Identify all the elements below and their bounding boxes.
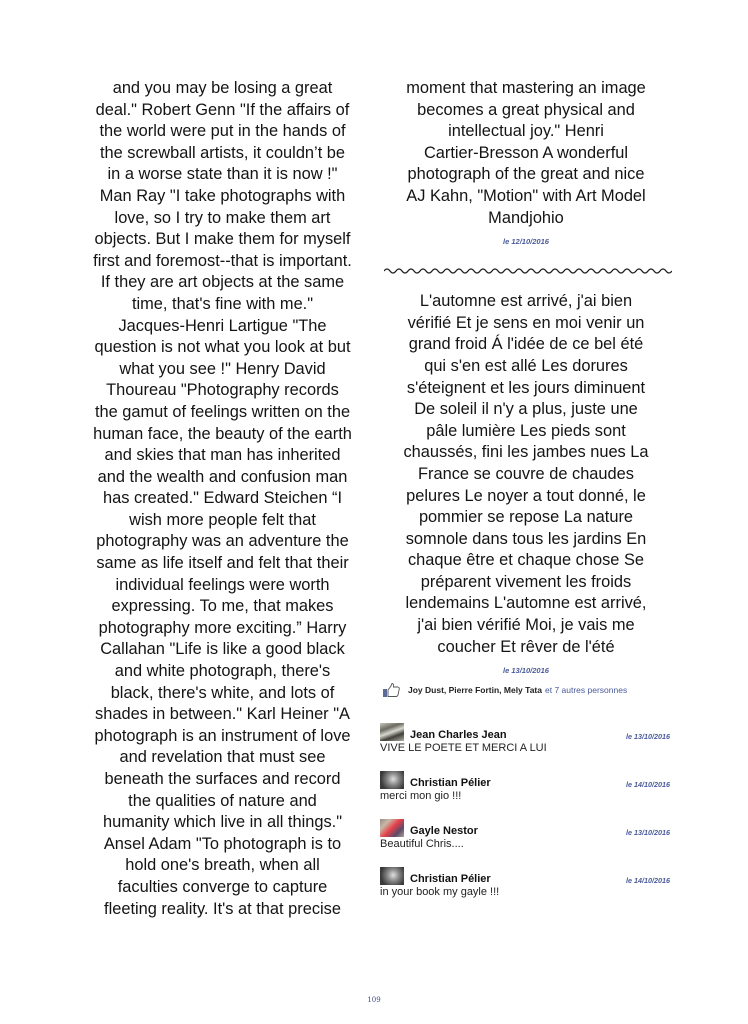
text-line: and skies that man has inherited xyxy=(76,445,369,467)
likes-row: Joy Dust, Pierre Fortin, Mely Tata et 7 … xyxy=(380,683,672,697)
post-date: le 13/10/2016 xyxy=(380,666,672,675)
text-line: black, there's white, and lots of xyxy=(76,683,369,705)
text-line: Cartier-Bresson A wonderful xyxy=(380,143,672,165)
text-line: moment that mastering an image xyxy=(380,78,672,100)
text-line: Ansel Adam "To photograph is to xyxy=(76,834,369,856)
text-line: photograph of the great and nice xyxy=(380,164,672,186)
text-line: the gamut of feelings written on the xyxy=(76,402,369,424)
text-line: Callahan "Life is like a good black xyxy=(76,639,369,661)
text-line: question is not what you look at but xyxy=(76,337,369,359)
text-line: same as life itself and felt that their xyxy=(76,553,369,575)
text-line: photography was an adventure the xyxy=(76,531,369,553)
text-line: s'éteignent et les jours diminuent xyxy=(380,378,672,400)
text-line: the world were put in the hands of xyxy=(76,121,369,143)
post-date: le 12/10/2016 xyxy=(380,237,672,246)
text-line: grand froid Á l'idée de ce bel été xyxy=(380,334,672,356)
text-line: Jacques-Henri Lartigue "The xyxy=(76,316,369,338)
comment-author[interactable]: Christian Pélier xyxy=(410,873,626,885)
text-line: becomes a great physical and xyxy=(380,100,672,122)
text-line: shades in between." Karl Heiner "A xyxy=(76,704,369,726)
left-text-column: and you may be losing a great deal." Rob… xyxy=(76,78,369,920)
text-line: fleeting reality. It's at that precise xyxy=(76,899,369,921)
text-line: coucher Et rêver de l'été xyxy=(380,637,672,659)
comment-date: le 13/10/2016 xyxy=(626,732,670,741)
comment-text: Beautiful Chris.... xyxy=(380,838,672,850)
text-line: has created." Edward Steichen “I xyxy=(76,488,369,510)
text-line: individual feelings were worth xyxy=(76,575,369,597)
page-number: 109 xyxy=(0,996,748,1004)
text-line: photograph is an instrument of love xyxy=(76,726,369,748)
comment: Christian Pélier le 14/10/2016 in your b… xyxy=(380,867,672,898)
text-line: préparent vivement les froids xyxy=(380,572,672,594)
text-line: If they are art objects at the same xyxy=(76,272,369,294)
comment: Jean Charles Jean le 13/10/2016 VIVE LE … xyxy=(380,723,672,754)
comment: Christian Pélier le 14/10/2016 merci mon… xyxy=(380,771,672,802)
comment-date: le 14/10/2016 xyxy=(626,876,670,885)
text-line: first and foremost--that is important. xyxy=(76,251,369,273)
comment-text: merci mon gio !!! xyxy=(380,790,672,802)
text-line: pommier se repose La nature xyxy=(380,507,672,529)
text-line: and you may be losing a great xyxy=(76,78,369,100)
text-line: what you see !" Henry David xyxy=(76,359,369,381)
likers-names[interactable]: Joy Dust, Pierre Fortin, Mely Tata xyxy=(408,685,542,695)
comment-text: VIVE LE POETE ET MERCI A LUI xyxy=(380,742,672,754)
comment-author[interactable]: Jean Charles Jean xyxy=(410,729,626,741)
text-line: qui s'en est allé Les dorures xyxy=(380,356,672,378)
text-line: photography more exciting.” Harry xyxy=(76,618,369,640)
quote-continuation: moment that mastering an image becomes a… xyxy=(380,78,672,229)
comment-author[interactable]: Christian Pélier xyxy=(410,777,626,789)
text-line: chaque être et chaque chose Se xyxy=(380,550,672,572)
avatar xyxy=(380,867,404,885)
text-line: somnole dans tous les jardins En xyxy=(380,529,672,551)
text-line: human face, the beauty of the earth xyxy=(76,424,369,446)
comment-text: in your book my gayle !!! xyxy=(380,886,672,898)
text-line: intellectual joy." Henri xyxy=(380,121,672,143)
text-line: time, that's fine with me." xyxy=(76,294,369,316)
text-line: beneath the surfaces and record xyxy=(76,769,369,791)
text-line: Man Ray "I take photographs with xyxy=(76,186,369,208)
poem-text: L'automne est arrivé, j'ai bien vérifié … xyxy=(380,291,672,658)
text-line: vérifié Et je sens en moi venir un xyxy=(380,313,672,335)
thumbs-up-icon xyxy=(382,683,402,697)
text-line: chaussés, fini les jambes nues La xyxy=(380,442,672,464)
comment-author[interactable]: Gayle Nestor xyxy=(410,825,626,837)
text-line: France se couvre de chaudes xyxy=(380,464,672,486)
text-line: lendemains L'automne est arrivé, xyxy=(380,593,672,615)
right-column: moment that mastering an image becomes a… xyxy=(380,78,672,915)
comment: Gayle Nestor le 13/10/2016 Beautiful Chr… xyxy=(380,819,672,850)
text-line: the qualities of nature and xyxy=(76,791,369,813)
text-line: L'automne est arrivé, j'ai bien xyxy=(380,291,672,313)
text-line: the screwball artists, it couldn’t be xyxy=(76,143,369,165)
text-line: love, so I try to make them art xyxy=(76,208,369,230)
avatar xyxy=(380,723,404,741)
text-line: faculties converge to capture xyxy=(76,877,369,899)
text-line: j'ai bien vérifié Moi, je vais me xyxy=(380,615,672,637)
text-line: and the wealth and confusion man xyxy=(76,467,369,489)
text-line: deal." Robert Genn "If the affairs of xyxy=(76,100,369,122)
text-line: in a worse state than it is now !" xyxy=(76,164,369,186)
text-line: humanity which live in all things." xyxy=(76,812,369,834)
avatar xyxy=(380,771,404,789)
avatar xyxy=(380,819,404,837)
text-line: De soleil il n'y a plus, juste une xyxy=(380,399,672,421)
comments-list: Jean Charles Jean le 13/10/2016 VIVE LE … xyxy=(380,723,672,898)
wavy-divider xyxy=(384,266,672,276)
text-line: pelures Le noyer a tout donné, le xyxy=(380,486,672,508)
text-line: Thoureau "Photography records xyxy=(76,380,369,402)
text-line: expressing. To me, that makes xyxy=(76,596,369,618)
text-line: and white photograph, there's xyxy=(76,661,369,683)
comment-date: le 13/10/2016 xyxy=(626,828,670,837)
text-line: wish more people felt that xyxy=(76,510,369,532)
text-line: AJ Kahn, "Motion" with Art Model xyxy=(380,186,672,208)
text-line: pâle lumière Les pieds sont xyxy=(380,421,672,443)
likes-others-link[interactable]: et 7 autres personnes xyxy=(545,685,627,695)
text-line: objects. But I make them for myself xyxy=(76,229,369,251)
text-line: and revelation that must see xyxy=(76,747,369,769)
text-line: hold one's breath, when all xyxy=(76,855,369,877)
comment-date: le 14/10/2016 xyxy=(626,780,670,789)
text-line: Mandjohio xyxy=(380,208,672,230)
